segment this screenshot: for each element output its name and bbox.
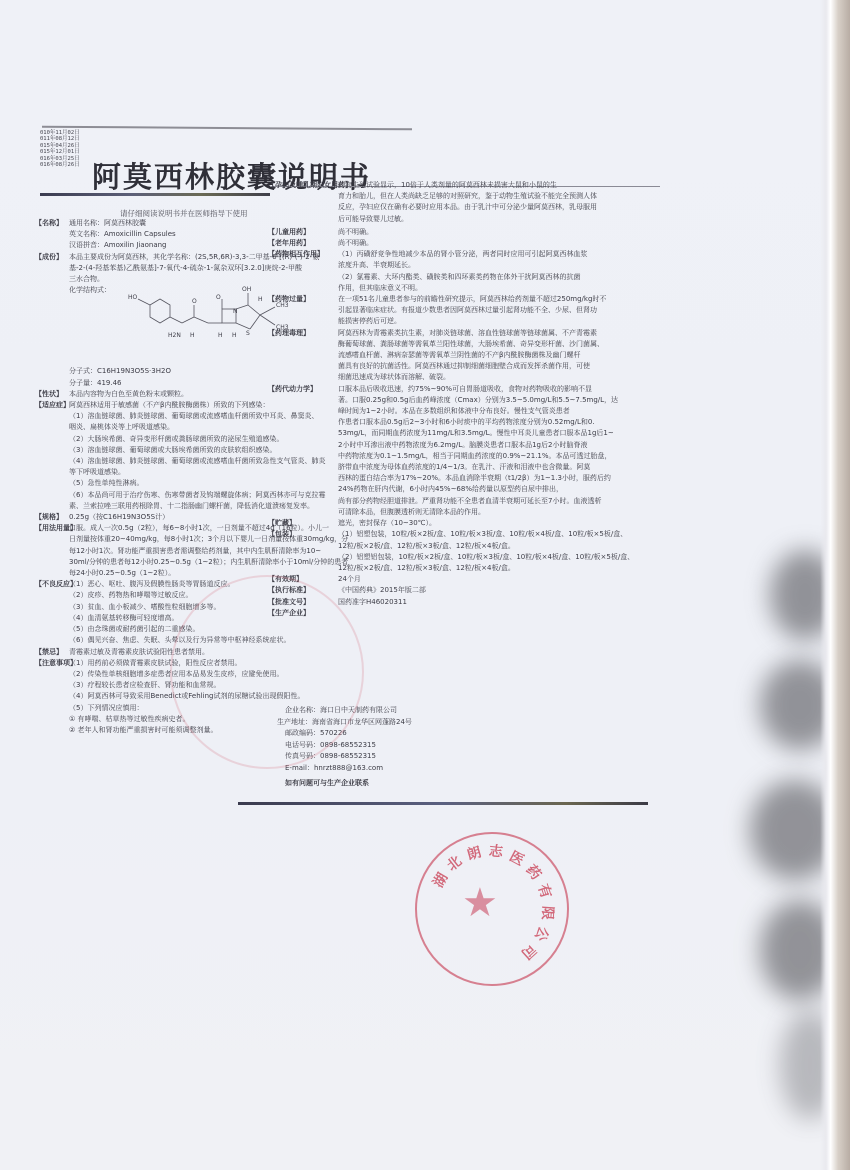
seal-star-icon: ★: [462, 880, 498, 926]
section-line-first: 【贮藏】遮光，密封保存（10~30℃）。: [268, 518, 658, 529]
section-label: 【药物过量】: [268, 294, 310, 305]
section-line: （2）氯霉素、大环内酯类、磺胺类和四环素类药物在体外干扰阿莫西林的抗菌: [268, 272, 658, 283]
section-line: 细菌迅速成为球状体而溶解、破裂。: [268, 372, 658, 383]
section-line: 2小时中耳渗出液中药物浓度为6.2mg/L。脑膜炎患者口服本品1g后2小时脑脊液: [268, 440, 658, 451]
section-line-first: 【药物相互作用】（1）丙磺舒竞争性地减少本品的肾小管分泌，两者同时应用可引起阿莫…: [268, 249, 658, 260]
section-line: 作患者口服本品0.5g后2~3小时和6小时痰中的平均药物浓度分别为0.52mg/…: [268, 417, 658, 428]
company-email: E-mail：hnrzt888@163.com: [285, 763, 412, 775]
section-label: 【适应症】: [35, 400, 70, 411]
section-label: 【老年用药】: [268, 238, 310, 249]
section-line: 12粒/板×2板/盒、12粒/板×3板/盒、12粒/板×4板/盒。: [268, 541, 658, 552]
section-line-first: 【药物过量】在一项51名儿童患者参与的前瞻性研究提示，阿莫西林给药剂量不超过25…: [268, 294, 658, 305]
section-line: 中药物浓度为0.1~1.5mg/L，相当于同期血药浓度的0.9%~21.1%。本…: [268, 451, 658, 462]
section-block: 【孕妇及哺乳期妇女用药】动物生殖试验显示，10倍于人类剂量的阿莫西林未损害大鼠和…: [268, 180, 658, 225]
svg-text:HO: HO: [128, 294, 138, 301]
section-label: 【贮藏】: [268, 518, 296, 529]
section-line-first: 【孕妇及哺乳期妇女用药】动物生殖试验显示，10倍于人类剂量的阿莫西林未损害大鼠和…: [268, 180, 658, 191]
section-line-first: 【儿童用药】尚不明确。: [268, 227, 658, 238]
section-label: 【包装】: [268, 529, 296, 540]
section-label: 【儿童用药】: [268, 227, 310, 238]
svg-text:H: H: [258, 296, 263, 303]
section-line: 尚有部分药物经胆道排泄。严重肾功能不全患者血清半衰期可延长至7小时。血液透析: [268, 496, 658, 507]
svg-text:H: H: [232, 332, 237, 339]
section-line: 西林的蛋白结合率为17%~20%。本品血消除半衰期（t1/2β）为1~1.3小时…: [268, 473, 658, 484]
section-line: 作用，但其临床意义不明。: [268, 283, 658, 294]
section-line: 反应，孕妇应仅在确有必要时应用本品。由于乳汁中可分泌少量阿莫西林，乳母服用: [268, 202, 658, 213]
section-line: 脐带血中浓度为母体血药浓度的1/4~1/3。在乳汁、汗液和泪液中也含微量。阿莫: [268, 462, 658, 473]
section-label: 【药理毒理】: [268, 328, 310, 339]
section-line: 引起显著临床症状。有报道少数患者因阿莫西林过量引起肾功能不全、少尿、但肾功: [268, 305, 658, 316]
print-dates: 010年11月02日 011年08月12日 015年04月26日 015年12月…: [40, 130, 80, 168]
section-line: 著。口服0.25g和0.5g后血药峰浓度（Cmax）分别为3.5~5.0mg/L…: [268, 395, 658, 406]
section-line: 后可能导致婴儿过敏。: [268, 214, 658, 225]
section-label: 【规格】: [35, 512, 63, 523]
section-line: 酶葡萄球菌、粪肠球菌等需氧革兰阳性球菌，大肠埃希菌、奇异变形杆菌、沙门菌属、: [268, 339, 658, 350]
bottom-rule: [238, 802, 648, 805]
section-label: 【药物相互作用】: [268, 249, 324, 260]
section-line-first: 【药代动力学】口服本品后吸收迅速，约75%~90%可自胃肠道吸收，食物对药物吸收…: [268, 384, 658, 395]
section-line: 菌具有良好的抗菌活性。阿莫西林通过抑制细菌细胞壁合成而发挥杀菌作用，可使: [268, 361, 658, 372]
section-block: 【儿童用药】尚不明确。: [268, 227, 658, 238]
section-line: 可清除本品，但腹膜透析则无清除本品的作用。: [268, 507, 658, 518]
section-block: 【药理毒理】阿莫西林为青霉素类抗生素，对肺炎链球菌、溶血性链球菌等链球菌属、不产…: [268, 328, 658, 384]
section-line-first: 【老年用药】尚不明确。: [268, 238, 658, 249]
section-block: 【药代动力学】口服本品后吸收迅速，约75%~90%可自胃肠道吸收，食物对药物吸收…: [268, 384, 658, 518]
svg-text:H: H: [190, 332, 195, 339]
section-line-first: 【药理毒理】阿莫西林为青霉素类抗生素，对肺炎链球菌、溶血性链球菌等链球菌属、不产…: [268, 328, 658, 339]
right-column: 【孕妇及哺乳期妇女用药】动物生殖试验显示，10倍于人类剂量的阿莫西林未损害大鼠和…: [268, 180, 658, 619]
section-label: 【不良反应】: [35, 579, 77, 590]
section-line: 育力和胎儿，但在人类尚缺乏足够的对照研究，鉴于动物生殖试验不能完全预测人体: [268, 191, 658, 202]
section-line: 能损害停药后可逆。: [268, 316, 658, 327]
section-block: 【包装】（1）铝塑包装，10粒/板×2板/盒、10粒/板×3板/盒、10粒/板×…: [268, 529, 658, 574]
section-label: 【用法用量】: [35, 523, 77, 534]
section-block: 【药物过量】在一项51名儿童患者参与的前瞻性研究提示，阿莫西林给药剂量不超过25…: [268, 294, 658, 328]
section-line-first: 【包装】（1）铝塑包装，10粒/板×2板/盒、10粒/板×3板/盒、10粒/板×…: [268, 529, 658, 540]
section-label: 【名称】: [35, 218, 63, 229]
section-label: 【禁忌】: [35, 647, 63, 658]
section-label: 【成份】: [35, 252, 63, 263]
section-label: 【注意事项】: [35, 658, 77, 669]
svg-text:S: S: [246, 330, 250, 337]
section-line: 12粒/板×2板/盒、12粒/板×3板/盒、12粒/板×4板/盒。: [268, 563, 658, 574]
section-line: 峰时间为1~2小时。本品在多数组织和体液中分布良好。慢性支气管炎患者: [268, 406, 658, 417]
svg-text:OH: OH: [242, 286, 251, 293]
section-block: 【药物相互作用】（1）丙磺舒竞争性地减少本品的肾小管分泌，两者同时应用可引起阿莫…: [268, 249, 658, 294]
section-line-first: 【有效期】24个月: [268, 574, 658, 585]
section-label: 【性状】: [35, 389, 63, 400]
section-label: 【孕妇及哺乳期妇女用药】: [268, 180, 352, 191]
section-block: 【贮藏】遮光，密封保存（10~30℃）。: [268, 518, 658, 529]
section-block: 【老年用药】尚不明确。: [268, 238, 658, 249]
section-line: 24%药物在肝内代谢，6小时内45%~68%给药量以原型药自尿中排出，: [268, 484, 658, 495]
svg-text:O: O: [216, 294, 221, 301]
section-block: 【有效期】24个月: [268, 574, 658, 585]
section-line: 流感嗜血杆菌、淋病奈瑟菌等需氧革兰阴性菌的不产β内酰胺酶菌株及幽门螺杆: [268, 350, 658, 361]
contact-note: 如有问题可与生产企业联系: [285, 778, 412, 790]
section-line: （2）铝塑铝包装，10粒/板×2板/盒、10粒/板×3板/盒、10粒/板×4板/…: [268, 552, 658, 563]
faded-stamp: [170, 575, 364, 769]
svg-text:O: O: [192, 298, 197, 305]
section-line: 53mg/L，而同期血药浓度为11mg/L和3.5mg/L。慢性中耳炎儿童患者口…: [268, 428, 658, 439]
paper-edge-shadow: [820, 0, 850, 1170]
section-line: 浓度升高、半衰期延长。: [268, 260, 658, 271]
section-label: 【药代动力学】: [268, 384, 317, 395]
scanned-document-page: 010年11月02日 011年08月12日 015年04月26日 015年12月…: [0, 0, 850, 1170]
svg-text:N: N: [233, 308, 238, 315]
title-rule: [40, 193, 270, 196]
top-cut-line: [42, 126, 412, 131]
svg-text:H: H: [218, 332, 223, 339]
svg-text:H2N: H2N: [168, 332, 181, 339]
